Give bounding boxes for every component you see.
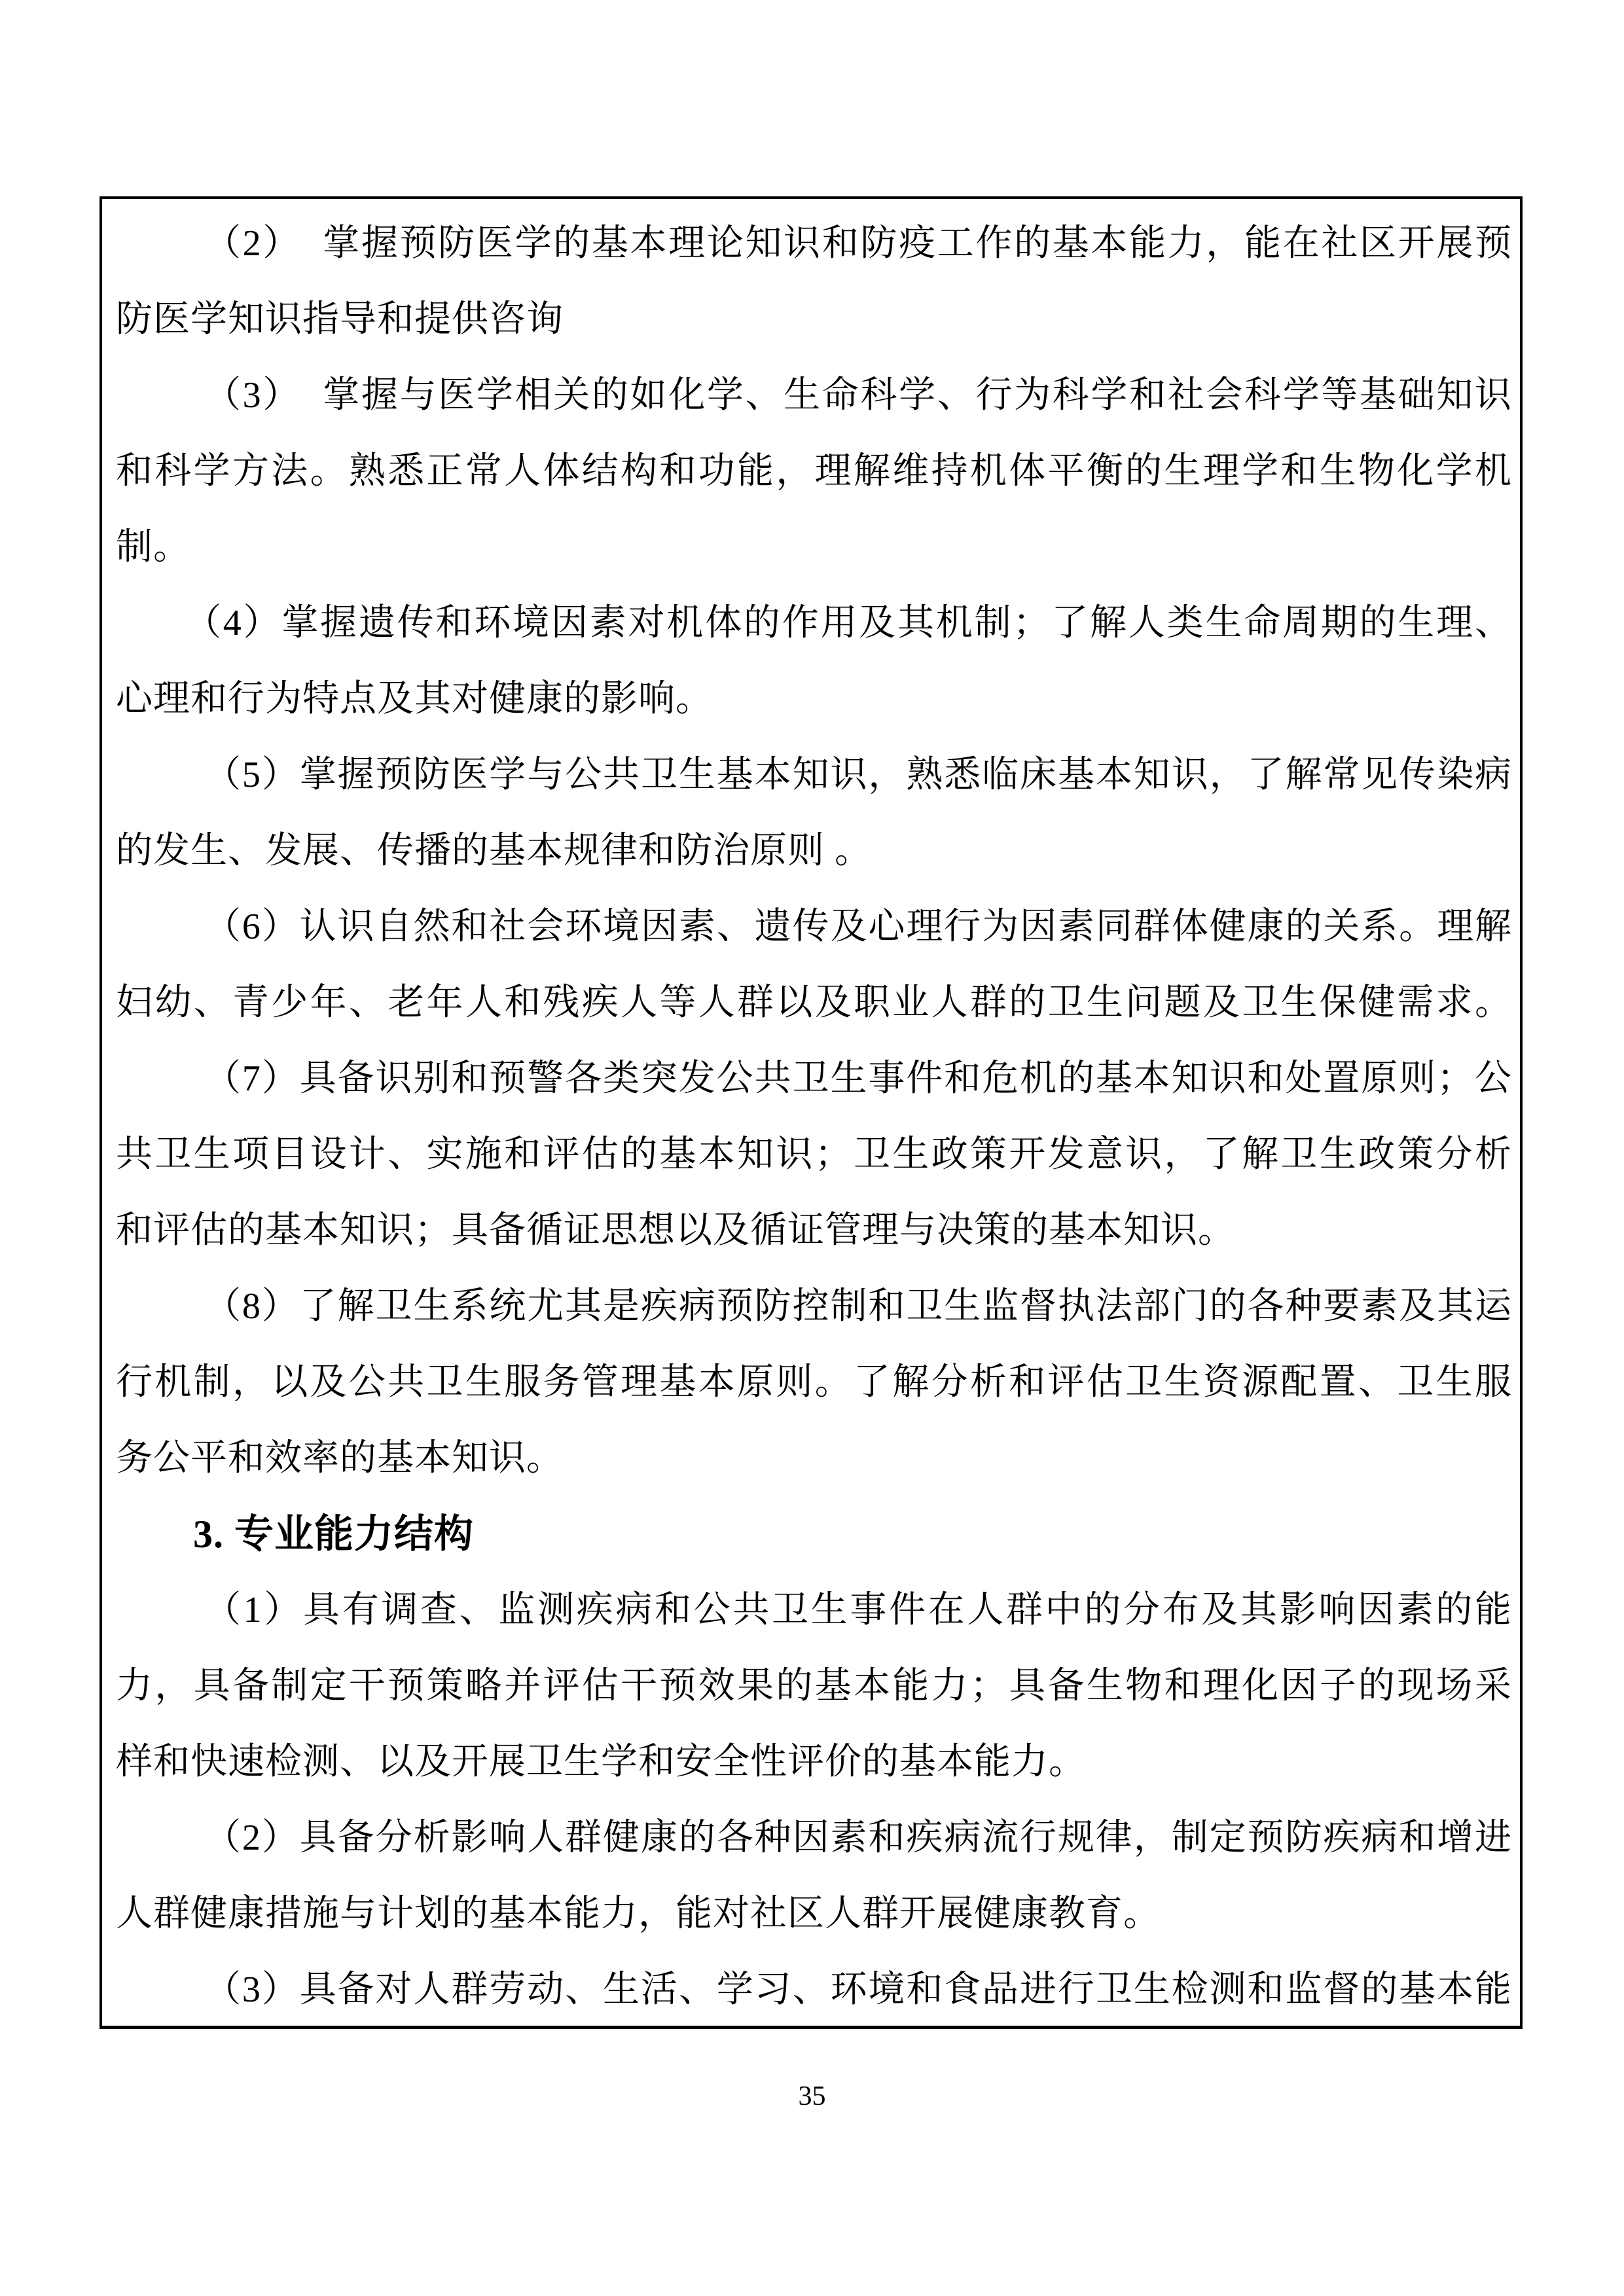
text-line: 防医学知识指导和提供咨询 — [116, 281, 1512, 357]
text-line: 和科学方法。熟悉正常人体结构和功能，理解维持机体平衡的生理学和生物化学机 — [116, 433, 1512, 509]
text-line: 制。 — [116, 509, 1512, 585]
text-line: （5）掌握预防医学与公共卫生基本知识，熟悉临床基本知识，了解常见传染病 — [116, 737, 1512, 813]
text-line: （3） 掌握与医学相关的如化学、生命科学、行为科学和社会科学等基础知识 — [116, 357, 1512, 433]
text-line: 和评估的基本知识；具备循证思想以及循证管理与决策的基本知识。 — [116, 1193, 1512, 1268]
text-line: 的发生、发展、传播的基本规律和防治原则 。 — [116, 813, 1512, 889]
text-line: （7）具备识别和预警各类突发公共卫生事件和危机的基本知识和处置原则；公 — [116, 1041, 1512, 1117]
text-line: （4）掌握遗传和环境因素对机体的作用及其机制；了解人类生命周期的生理、 — [116, 585, 1512, 661]
section-heading: 3. 专业能力结构 — [116, 1496, 1512, 1572]
text-line: 行机制，以及公共卫生服务管理基本原则。了解分析和评估卫生资源配置、卫生服 — [116, 1344, 1512, 1420]
text-line: 务公平和效率的基本知识。 — [116, 1420, 1512, 1496]
text-line: （8）了解卫生系统尤其是疾病预防控制和卫生监督执法部门的各种要素及其运 — [116, 1268, 1512, 1344]
content-border: （2） 掌握预防医学的基本理论知识和防疫工作的基本能力，能在社区开展预 防医学知… — [99, 196, 1523, 2029]
text-line: （2） 掌握预防医学的基本理论知识和防疫工作的基本能力，能在社区开展预 — [116, 206, 1512, 281]
document-page: （2） 掌握预防医学的基本理论知识和防疫工作的基本能力，能在社区开展预 防医学知… — [0, 0, 1624, 2296]
text-line: （2）具备分析影响人群健康的各种因素和疾病流行规律，制定预防疾病和增进 — [116, 1800, 1512, 1876]
text-line: 共卫生项目设计、实施和评估的基本知识；卫生政策开发意识，了解卫生政策分析 — [116, 1117, 1512, 1193]
text-line: 力，具备制定干预策略并评估干预效果的基本能力；具备生物和理化因子的现场采 — [116, 1648, 1512, 1724]
page-number: 35 — [0, 2080, 1624, 2113]
text-line: 妇幼、青少年、老年人和残疾人等人群以及职业人群的卫生问题及卫生保健需求。 — [116, 965, 1512, 1041]
text-line: （6）认识自然和社会环境因素、遗传及心理行为因素同群体健康的关系。理解 — [116, 889, 1512, 965]
text-line: （3）具备对人群劳动、生活、学习、环境和食品进行卫生检测和监督的基本能 — [116, 1952, 1512, 2028]
text-line: 样和快速检测、以及开展卫生学和安全性评价的基本能力。 — [116, 1724, 1512, 1800]
text-line: 人群健康措施与计划的基本能力，能对社区人群开展健康教育。 — [116, 1876, 1512, 1952]
text-line: （1）具有调查、监测疾病和公共卫生事件在人群中的分布及其影响因素的能 — [116, 1572, 1512, 1648]
text-line: 心理和行为特点及其对健康的影响。 — [116, 661, 1512, 737]
